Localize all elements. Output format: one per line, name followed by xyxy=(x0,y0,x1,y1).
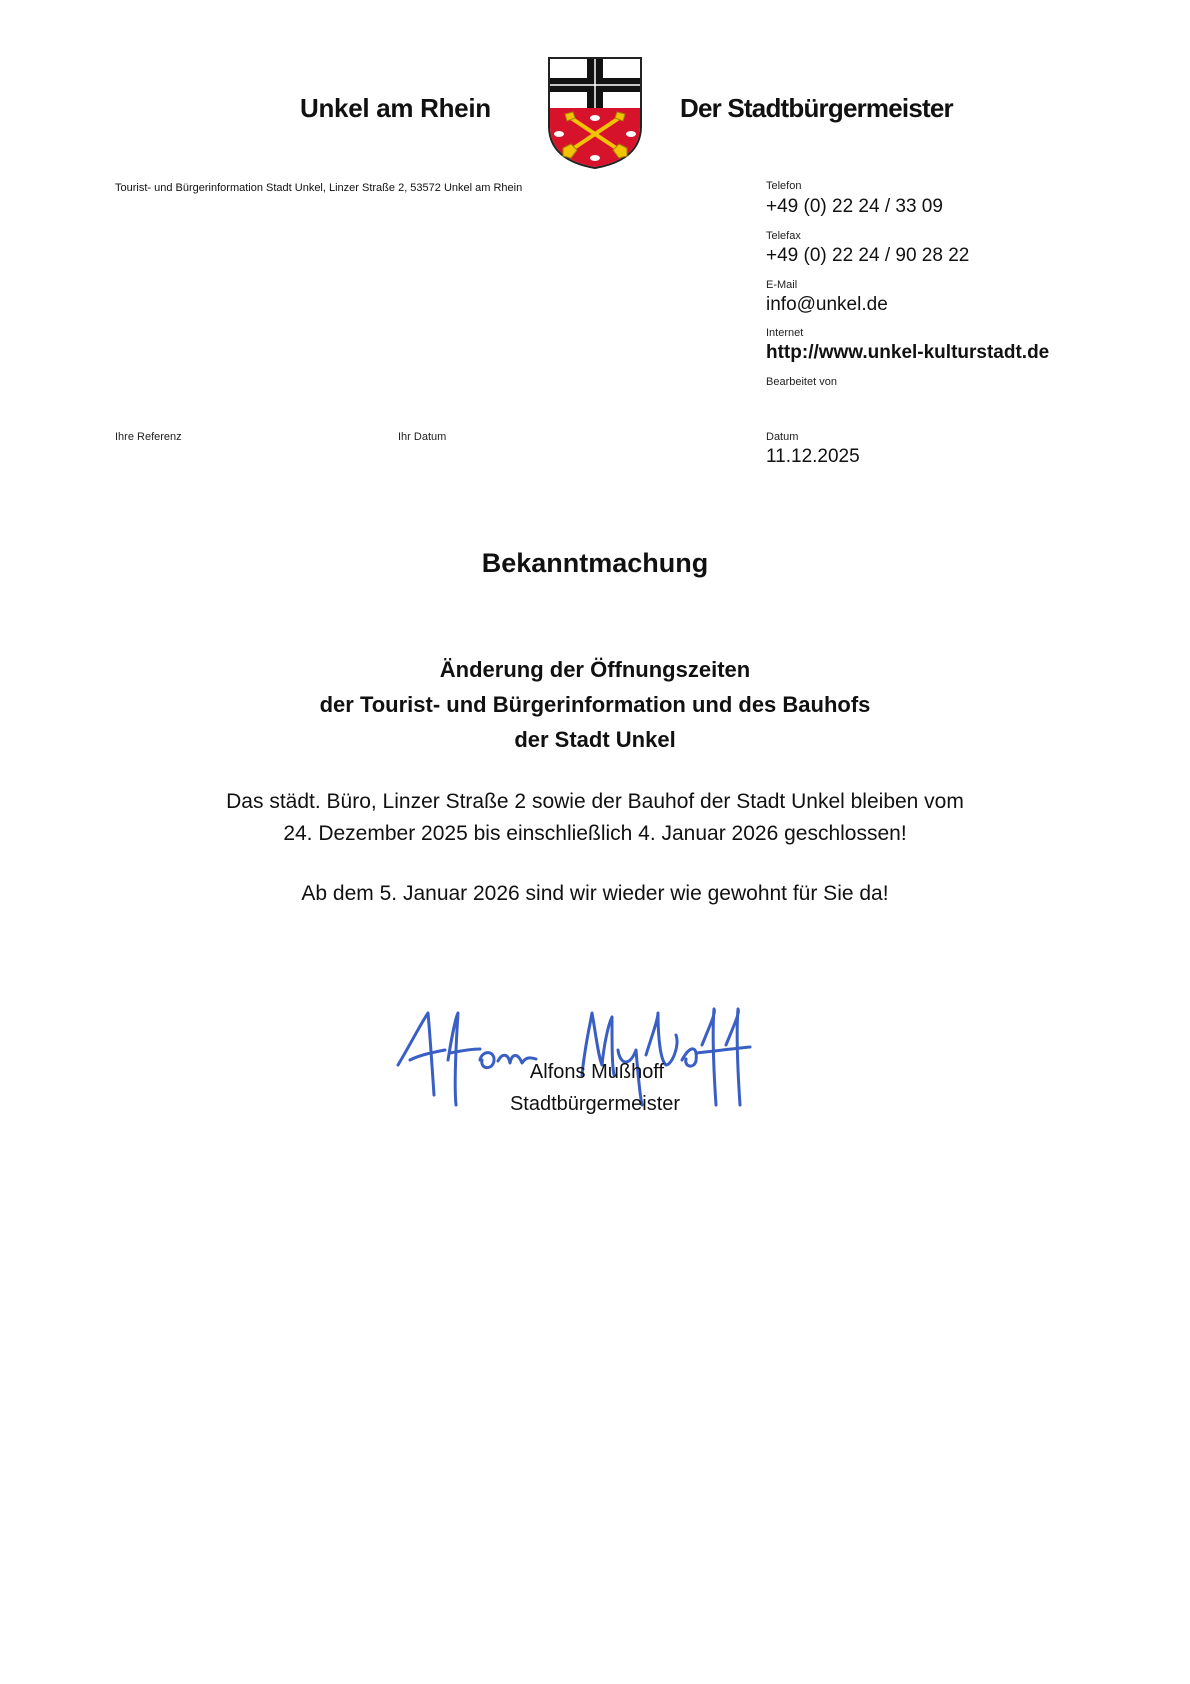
subheading: Änderung der Öffnungszeiten der Tourist-… xyxy=(0,652,1190,757)
web-label: Internet xyxy=(766,327,803,339)
subheading-line: der Tourist- und Bürgerinformation und d… xyxy=(0,687,1190,722)
paragraph-line: 24. Dezember 2025 bis einschließlich 4. … xyxy=(0,818,1190,850)
phone-label: Telefon xyxy=(766,180,801,192)
your-date-label: Ihr Datum xyxy=(398,431,446,443)
reopening-paragraph: Ab dem 5. Januar 2026 sind wir wieder wi… xyxy=(0,882,1190,906)
sender-address-line: Tourist- und Bürgerinformation Stadt Unk… xyxy=(115,182,522,194)
your-reference-label: Ihre Referenz xyxy=(115,431,182,443)
closure-paragraph: Das städt. Büro, Linzer Straße 2 sowie d… xyxy=(0,786,1190,850)
subheading-line: der Stadt Unkel xyxy=(0,722,1190,757)
date-value: 11.12.2025 xyxy=(766,446,860,468)
fax-label: Telefax xyxy=(766,230,801,242)
email-link[interactable]: info@unkel.de xyxy=(766,294,888,316)
paragraph-line: Das städt. Büro, Linzer Straße 2 sowie d… xyxy=(0,786,1190,818)
website-link[interactable]: http://www.unkel-kulturstadt.de xyxy=(766,342,1049,364)
signatory-name: Alfons Mußhoff xyxy=(0,1061,1190,1084)
fax-value: +49 (0) 22 24 / 90 28 22 xyxy=(766,245,969,267)
town-name: Unkel am Rhein xyxy=(300,93,491,124)
subheading-line: Änderung der Öffnungszeiten xyxy=(0,652,1190,687)
coat-of-arms-icon xyxy=(547,56,643,170)
signatory-title: Stadtbürgermeister xyxy=(0,1093,1190,1116)
page-title: Bekanntmachung xyxy=(0,548,1190,579)
date-label: Datum xyxy=(766,431,798,443)
editor-label: Bearbeitet von xyxy=(766,376,837,388)
phone-value: +49 (0) 22 24 / 33 09 xyxy=(766,196,943,218)
email-label: E-Mail xyxy=(766,279,797,291)
office-title: Der Stadtbürgermeister xyxy=(680,93,953,124)
